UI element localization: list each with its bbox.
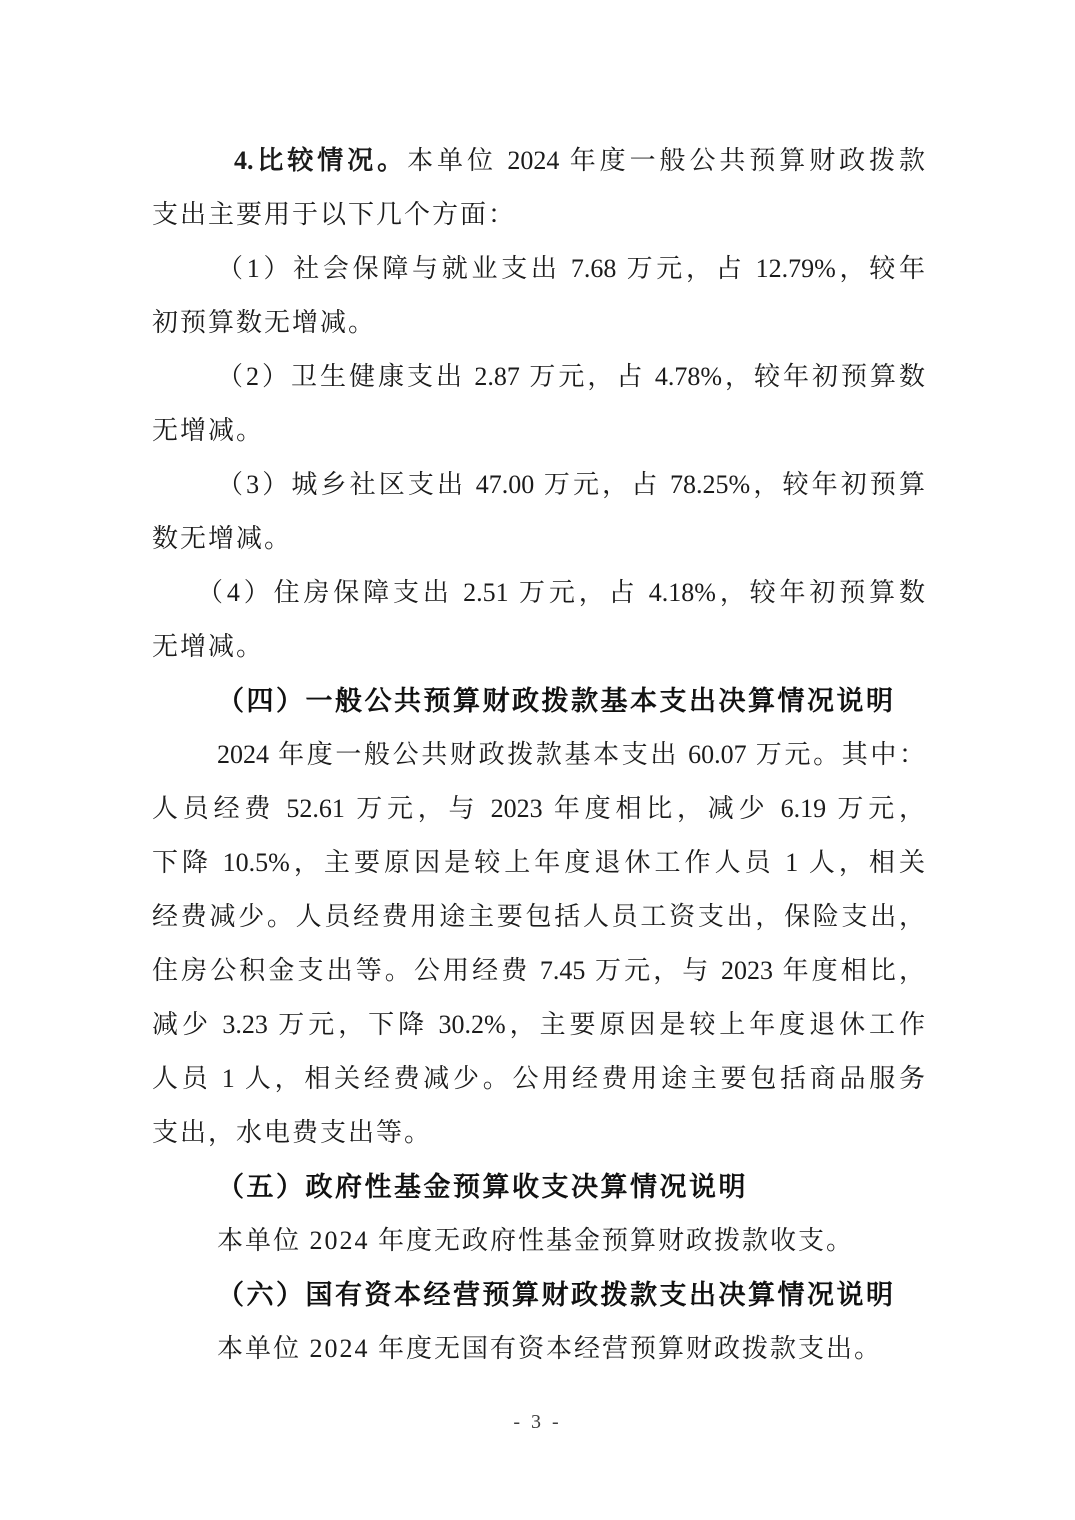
heading-section-six: （六）国有资本经营预算财政拨款支出决算情况说明 — [152, 1268, 925, 1322]
heading-section-five: （五）政府性基金预算收支决算情况说明 — [152, 1160, 925, 1214]
text-run: 本单位 2024 年度无政府性基金预算财政拨款收支。 — [217, 1226, 854, 1255]
text-run: 本单位 2024 年度无国有资本经营预算财政拨款支出。 — [217, 1334, 882, 1363]
bold-text-run: 4.比较情况。 — [234, 146, 407, 175]
text-run: 人员 1 人，相关经费减少。公用经费用途主要包括商品服务 — [152, 1064, 925, 1093]
text-line: （4）住房保障支出 2.51 万元，占 4.18%，较年初预算数 — [152, 566, 925, 620]
text-run: 支出，水电费支出等。 — [152, 1118, 432, 1147]
para-basic-expenditure-detail: 2024 年度一般公共财政拨款基本支出 60.07 万元。其中：人员经费 52.… — [152, 728, 925, 1160]
text-run: 经费减少。人员经费用途主要包括人员工资支出，保险支出， — [152, 902, 925, 931]
text-line: 2024 年度一般公共财政拨款基本支出 60.07 万元。其中： — [152, 728, 925, 782]
bold-text-run: （五）政府性基金预算收支决算情况说明 — [217, 1172, 748, 1202]
text-line: 无增减。 — [152, 404, 925, 458]
text-line: 本单位 2024 年度无政府性基金预算财政拨款收支。 — [152, 1214, 925, 1268]
text-line: （3）城乡社区支出 47.00 万元，占 78.25%，较年初预算 — [152, 458, 925, 512]
text-run: 下降 10.5%，主要原因是较上年度退休工作人员 1 人，相关 — [152, 848, 925, 877]
para-compare-overview: 4.比较情况。本单位 2024 年度一般公共预算财政拨款支出主要用于以下几个方面… — [152, 134, 925, 242]
text-line: 减少 3.23 万元，下降 30.2%，主要原因是较上年度退休工作 — [152, 998, 925, 1052]
text-line: （1）社会保障与就业支出 7.68 万元，占 12.79%，较年 — [152, 242, 925, 296]
text-run: 支出主要用于以下几个方面： — [152, 200, 516, 229]
text-run: （1）社会保障与就业支出 7.68 万元，占 12.79%，较年 — [217, 254, 925, 283]
text-run: 初预算数无增减。 — [152, 308, 376, 337]
text-run: 数无增减。 — [152, 524, 292, 553]
bold-text-run: （四）一般公共预算财政拨款基本支出决算情况说明 — [217, 686, 896, 716]
page-number: - 3 - — [0, 1407, 1075, 1437]
text-run: 人员经费 52.61 万元，与 2023 年度相比，减少 6.19 万元， — [152, 794, 925, 823]
text-run: 无增减。 — [152, 632, 264, 661]
item-1-social-security-employment: （1）社会保障与就业支出 7.68 万元，占 12.79%，较年初预算数无增减。 — [152, 242, 925, 350]
text-run: 2024 年度一般公共财政拨款基本支出 60.07 万元。其中： — [217, 740, 925, 769]
heading-line: （四）一般公共预算财政拨款基本支出决算情况说明 — [152, 674, 925, 728]
text-run: 住房公积金支出等。公用经费 7.45 万元，与 2023 年度相比， — [152, 956, 925, 985]
para-state-capital: 本单位 2024 年度无国有资本经营预算财政拨款支出。 — [152, 1322, 925, 1376]
text-run: 减少 3.23 万元，下降 30.2%，主要原因是较上年度退休工作 — [152, 1010, 925, 1039]
text-line: 数无增减。 — [152, 512, 925, 566]
text-line: 支出，水电费支出等。 — [152, 1106, 925, 1160]
heading-line: （六）国有资本经营预算财政拨款支出决算情况说明 — [152, 1268, 925, 1322]
text-run: 无增减。 — [152, 416, 264, 445]
text-run: 本单位 2024 年度一般公共预算财政拨款 — [407, 146, 925, 175]
text-line: 住房公积金支出等。公用经费 7.45 万元，与 2023 年度相比， — [152, 944, 925, 998]
para-government-fund: 本单位 2024 年度无政府性基金预算财政拨款收支。 — [152, 1214, 925, 1268]
text-line: 初预算数无增减。 — [152, 296, 925, 350]
text-run: （4）住房保障支出 2.51 万元，占 4.18%，较年初预算数 — [197, 578, 925, 607]
document-page: 4.比较情况。本单位 2024 年度一般公共预算财政拨款支出主要用于以下几个方面… — [0, 0, 1075, 1520]
text-line: 支出主要用于以下几个方面： — [152, 188, 925, 242]
text-line: 无增减。 — [152, 620, 925, 674]
text-line: 人员 1 人，相关经费减少。公用经费用途主要包括商品服务 — [152, 1052, 925, 1106]
item-3-urban-rural-community: （3）城乡社区支出 47.00 万元，占 78.25%，较年初预算数无增减。 — [152, 458, 925, 566]
text-line: （2）卫生健康支出 2.87 万元，占 4.78%，较年初预算数 — [152, 350, 925, 404]
heading-section-four: （四）一般公共预算财政拨款基本支出决算情况说明 — [152, 674, 925, 728]
text-run: （3）城乡社区支出 47.00 万元，占 78.25%，较年初预算 — [217, 470, 925, 499]
item-4-housing-security: （4）住房保障支出 2.51 万元，占 4.18%，较年初预算数无增减。 — [152, 566, 925, 674]
heading-line: （五）政府性基金预算收支决算情况说明 — [152, 1160, 925, 1214]
text-line: 4.比较情况。本单位 2024 年度一般公共预算财政拨款 — [152, 134, 925, 188]
text-line: 经费减少。人员经费用途主要包括人员工资支出，保险支出， — [152, 890, 925, 944]
item-2-health: （2）卫生健康支出 2.87 万元，占 4.78%，较年初预算数无增减。 — [152, 350, 925, 458]
text-line: 下降 10.5%，主要原因是较上年度退休工作人员 1 人，相关 — [152, 836, 925, 890]
document-body: 4.比较情况。本单位 2024 年度一般公共预算财政拨款支出主要用于以下几个方面… — [152, 134, 925, 1376]
text-line: 本单位 2024 年度无国有资本经营预算财政拨款支出。 — [152, 1322, 925, 1376]
text-line: 人员经费 52.61 万元，与 2023 年度相比，减少 6.19 万元， — [152, 782, 925, 836]
text-run: （2）卫生健康支出 2.87 万元，占 4.78%，较年初预算数 — [217, 362, 925, 391]
bold-text-run: （六）国有资本经营预算财政拨款支出决算情况说明 — [217, 1280, 896, 1310]
